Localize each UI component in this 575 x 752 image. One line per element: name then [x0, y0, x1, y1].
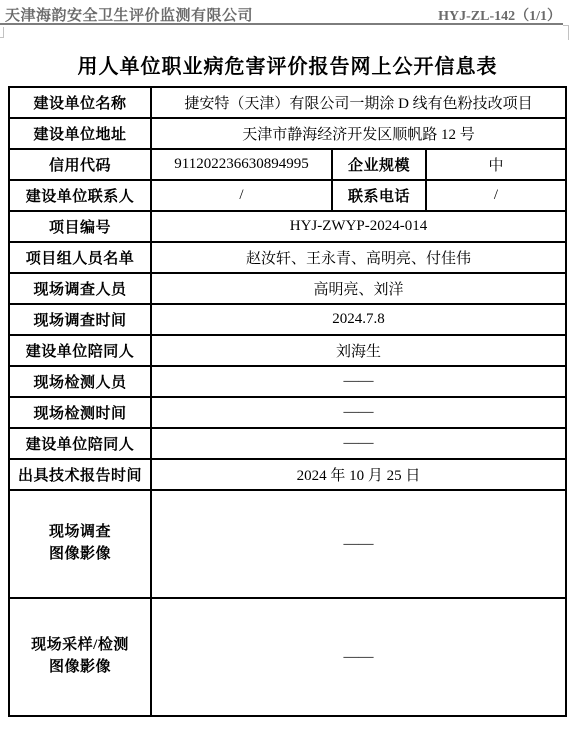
- table-row: 项目组人员名单 赵汝轩、王永青、高明亮、付佳伟: [9, 242, 566, 273]
- table-row: 建设单位地址 天津市静海经济开发区顺帆路 12 号: [9, 118, 566, 149]
- row-label-report-issue-date: 出具技术报告时间: [9, 459, 151, 490]
- table-row: 现场调查人员 高明亮、刘洋: [9, 273, 566, 304]
- row-label-accompanying-person-1: 建设单位陪同人: [9, 335, 151, 366]
- table-row: 建设单位名称 捷安特（天津）有限公司一期涂 D 线有色粉技改项目: [9, 87, 566, 118]
- table-row: 出具技术报告时间 2024 年 10 月 25 日: [9, 459, 566, 490]
- row-label-contact-person: 建设单位联系人: [9, 180, 151, 211]
- row-label-enterprise-scale: 企业规模: [332, 149, 426, 180]
- row-value-credit-code: 911202236630894995: [151, 149, 332, 180]
- row-label-sampling-images-line1: 现场采样/检测: [12, 635, 148, 657]
- page-header: 天津海韵安全卫生评价监测有限公司 HYJ-ZL-142（1/1）: [0, 0, 575, 25]
- row-label-sampling-images-line2: 图像影像: [12, 657, 148, 679]
- row-value-project-number: HYJ-ZWYP-2024-014: [151, 211, 566, 242]
- table-row: 现场检测人员 ——: [9, 366, 566, 397]
- row-value-accompanying-person-1: 刘海生: [151, 335, 566, 366]
- row-value-survey-staff: 高明亮、刘洋: [151, 273, 566, 304]
- corner-mark-right: [563, 25, 569, 40]
- table-row: 建设单位陪同人 ——: [9, 428, 566, 459]
- row-value-unit-address: 天津市静海经济开发区顺帆路 12 号: [151, 118, 566, 149]
- info-table: 建设单位名称 捷安特（天津）有限公司一期涂 D 线有色粉技改项目 建设单位地址 …: [8, 86, 567, 717]
- table-row: 现场检测时间 ——: [9, 397, 566, 428]
- row-value-unit-name: 捷安特（天津）有限公司一期涂 D 线有色粉技改项目: [151, 87, 566, 118]
- row-label-unit-address: 建设单位地址: [9, 118, 151, 149]
- row-label-credit-code: 信用代码: [9, 149, 151, 180]
- page-title: 用人单位职业病危害评价报告网上公开信息表: [0, 50, 575, 79]
- row-label-project-team: 项目组人员名单: [9, 242, 151, 273]
- table-row: 信用代码 911202236630894995 企业规模 中: [9, 149, 566, 180]
- header-doc-code: HYJ-ZL-142（1/1）: [438, 5, 561, 25]
- header-rule: [0, 23, 563, 25]
- row-value-contact-phone: /: [426, 180, 566, 211]
- row-label-detection-date: 现场检测时间: [9, 397, 151, 428]
- row-label-survey-staff: 现场调查人员: [9, 273, 151, 304]
- row-label-detection-staff: 现场检测人员: [9, 366, 151, 397]
- row-label-survey-images: 现场调查 图像影像: [9, 490, 151, 598]
- row-value-sampling-images: ——: [151, 598, 566, 716]
- row-value-contact-person: /: [151, 180, 332, 211]
- row-value-survey-images: ——: [151, 490, 566, 598]
- row-value-report-issue-date: 2024 年 10 月 25 日: [151, 459, 566, 490]
- row-value-survey-date: 2024.7.8: [151, 304, 566, 335]
- table-row: 现场调查 图像影像 ——: [9, 490, 566, 598]
- row-value-detection-date: ——: [151, 397, 566, 428]
- corner-mark-left: [0, 27, 4, 38]
- row-label-accompanying-person-2: 建设单位陪同人: [9, 428, 151, 459]
- row-label-survey-images-line1: 现场调查: [12, 522, 148, 544]
- row-label-survey-images-line2: 图像影像: [12, 544, 148, 566]
- table-row: 现场调查时间 2024.7.8: [9, 304, 566, 335]
- row-label-survey-date: 现场调查时间: [9, 304, 151, 335]
- row-label-project-number: 项目编号: [9, 211, 151, 242]
- table-row: 现场采样/检测 图像影像 ——: [9, 598, 566, 716]
- table-row: 建设单位陪同人 刘海生: [9, 335, 566, 366]
- row-value-accompanying-person-2: ——: [151, 428, 566, 459]
- row-value-project-team: 赵汝轩、王永青、高明亮、付佳伟: [151, 242, 566, 273]
- header-company-name: 天津海韵安全卫生评价监测有限公司: [5, 4, 253, 25]
- row-value-detection-staff: ——: [151, 366, 566, 397]
- row-label-contact-phone: 联系电话: [332, 180, 426, 211]
- row-label-sampling-images: 现场采样/检测 图像影像: [9, 598, 151, 716]
- table-row: 项目编号 HYJ-ZWYP-2024-014: [9, 211, 566, 242]
- row-value-enterprise-scale: 中: [426, 149, 566, 180]
- table-row: 建设单位联系人 / 联系电话 /: [9, 180, 566, 211]
- row-label-unit-name: 建设单位名称: [9, 87, 151, 118]
